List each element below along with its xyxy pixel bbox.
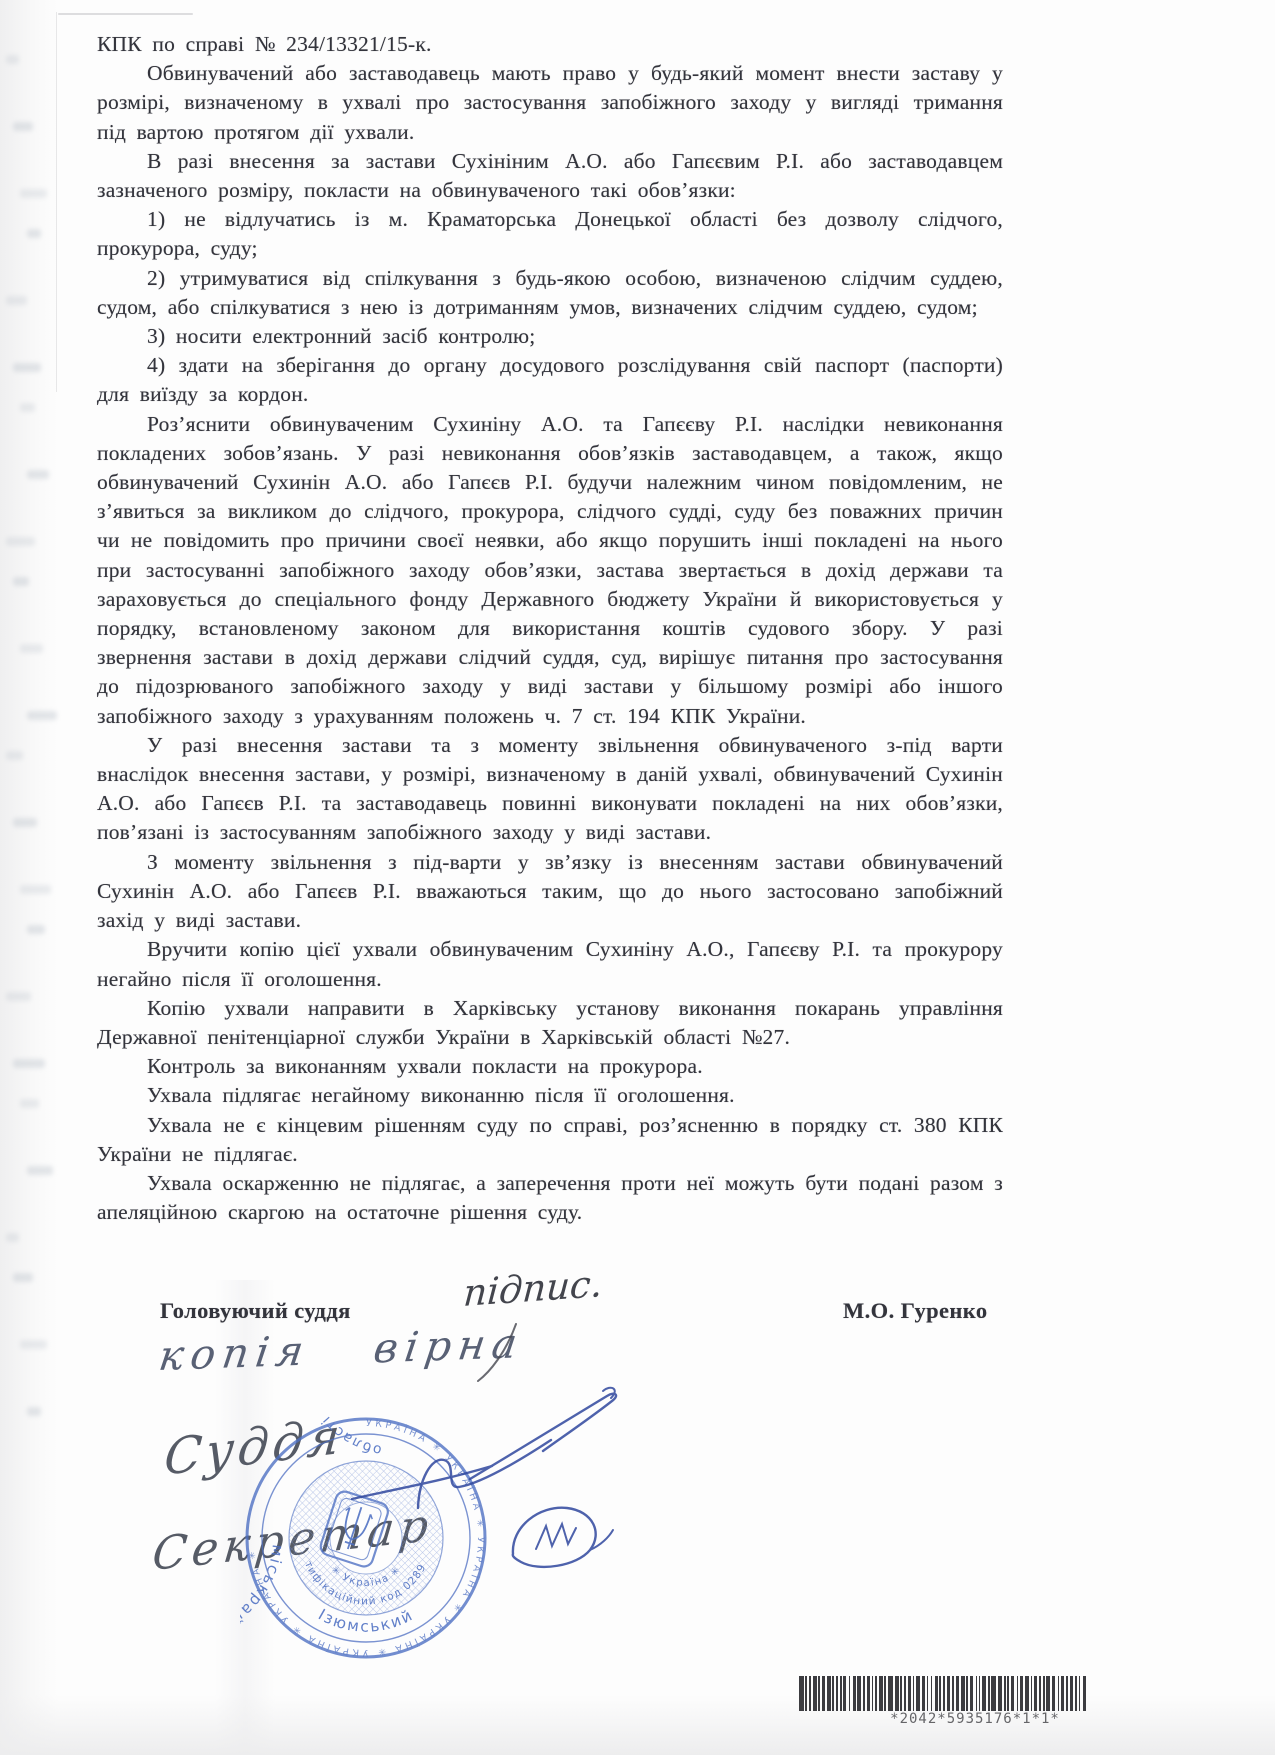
paragraph: Ухвала підлягає негайному виконанню післ… [97, 1081, 1003, 1110]
paragraph: Контроль за виконанням ухвали покласти н… [97, 1052, 1003, 1081]
handwritten-copy-note: копія вірна [156, 1319, 527, 1380]
barcode-block: *2042*5935176*1*1* [799, 1676, 1151, 1727]
document-body: КПК по справі № 234/13321/15-к. Обвинува… [97, 30, 1003, 1227]
paragraph: У разі внесення застави та з моменту зві… [97, 731, 1003, 848]
paragraph: Ухвала оскарженню не підлягає, а запереч… [97, 1169, 1003, 1227]
case-number-line: КПК по справі № 234/13321/15-к. [97, 30, 1003, 59]
paragraph: В разі внесення за застави Сухініним А.О… [97, 147, 1003, 205]
paragraph: Вручити копію цієї ухвали обвинуваченим … [97, 935, 1003, 993]
scan-page-edge-line [56, 12, 57, 392]
presiding-judge-label: Головуючий суддя [160, 1298, 351, 1324]
paragraph: Обвинувачений або заставодавець мають пр… [97, 59, 1003, 147]
court-round-stamp-icon: УКРАЇНА ✳ УКРАЇНА ✳ УКРАЇНА ✳ УКРАЇНА ✳ … [240, 1412, 492, 1664]
ink-bleedthrough-margin [0, 0, 60, 1755]
paragraph: З моменту звільнення з під-варти у зв’яз… [97, 848, 1003, 936]
paragraph: 4) здати на зберігання до органу досудов… [97, 351, 1003, 409]
scan-corner-line [58, 13, 193, 15]
paragraph: 3) носити електронний засіб контролю; [97, 322, 1003, 351]
barcode-value: *2042*5935176*1*1* [799, 1711, 1151, 1727]
paragraph: Копію ухвали направити в Харківську уста… [97, 994, 1003, 1052]
paragraph: Роз’яснити обвинуваченим Сухиніну А.О. т… [97, 410, 1003, 731]
judge-name: М.О. Гуренко [843, 1298, 988, 1324]
paragraph: 2) утримуватися від спілкування з будь-я… [97, 264, 1003, 322]
paragraph: Ухвала не є кінцевим рішенням суду по сп… [97, 1111, 1003, 1169]
paragraph: 1) не відлучатись із м. Краматорська Дон… [97, 205, 1003, 263]
barcode-icon [799, 1676, 1151, 1711]
handwritten-signature-note: підпис. [462, 1262, 604, 1315]
scan-edge-shadow [0, 0, 58, 1755]
